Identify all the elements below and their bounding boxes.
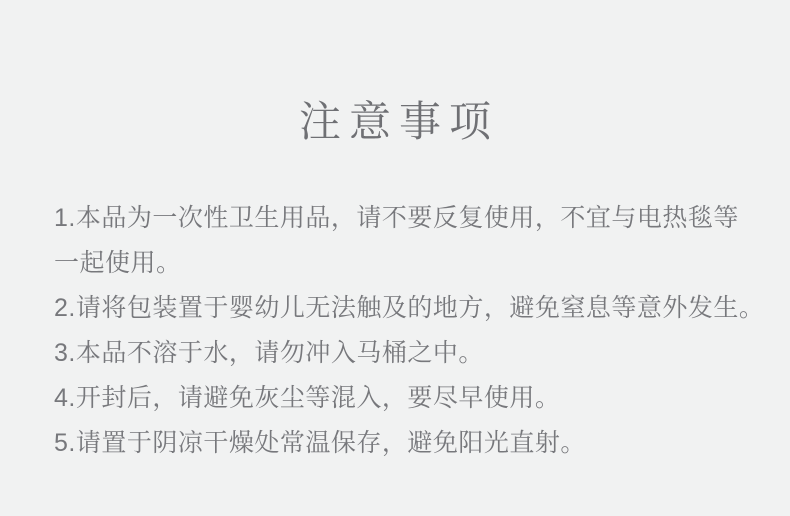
notice-item-2-line-1: 2.请将包装置于婴幼儿无法触及的地方，避免窒息等意外发生。 [54,286,754,331]
notice-item-3-line-1: 3.本品不溶于水，请勿冲入马桶之中。 [54,331,754,376]
notice-item-4: 4.开封后，请避免灰尘等混入，要尽早使用。 [54,376,754,421]
notice-item-3: 3.本品不溶于水，请勿冲入马桶之中。 [54,331,754,376]
notice-item-4-line-1: 4.开封后，请避免灰尘等混入，要尽早使用。 [54,376,754,421]
precautions-section: 注意事项 1.本品为一次性卫生用品，请不要反复使用，不宜与电热毯等 一起使用。 … [0,0,790,516]
notice-item-5-line-1: 5.请置于阴凉干燥处常温保存，避免阳光直射。 [54,421,754,466]
notice-item-5: 5.请置于阴凉干燥处常温保存，避免阳光直射。 [54,421,754,466]
section-title: 注意事项 [0,98,790,146]
notice-item-1-line-2: 一起使用。 [54,241,754,286]
precautions-list: 1.本品为一次性卫生用品，请不要反复使用，不宜与电热毯等 一起使用。 2.请将包… [54,196,754,466]
notice-item-2: 2.请将包装置于婴幼儿无法触及的地方，避免窒息等意外发生。 [54,286,754,331]
notice-item-1: 1.本品为一次性卫生用品，请不要反复使用，不宜与电热毯等 一起使用。 [54,196,754,286]
notice-item-1-line-1: 1.本品为一次性卫生用品，请不要反复使用，不宜与电热毯等 [54,196,754,241]
